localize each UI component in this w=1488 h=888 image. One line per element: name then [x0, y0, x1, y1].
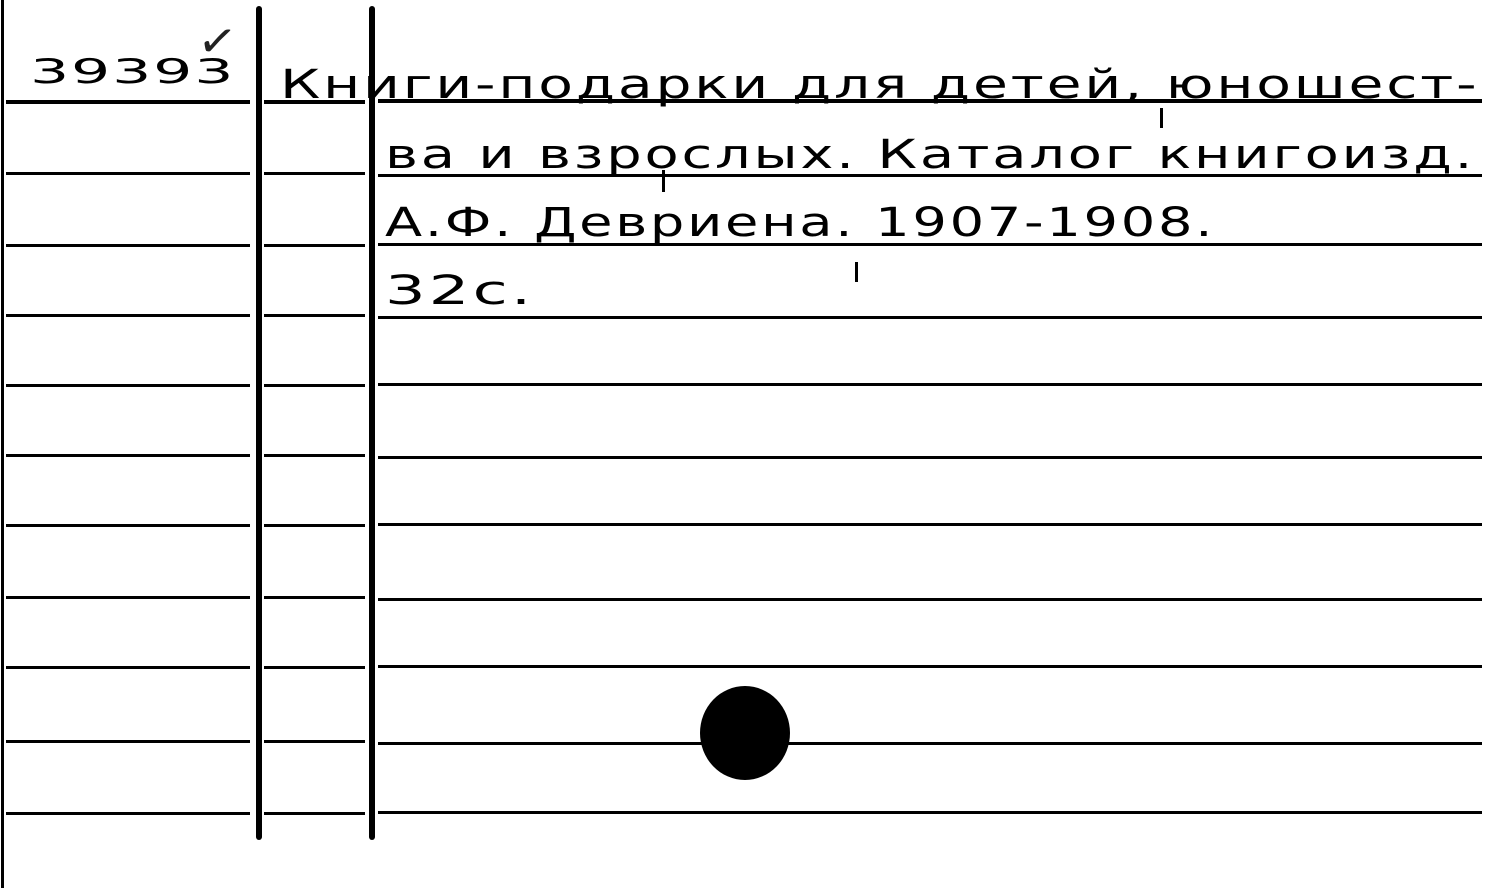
- ruled-line: [6, 812, 250, 815]
- ruled-line: [378, 665, 1482, 668]
- ruled-line: [6, 524, 250, 527]
- column-rule-2: [369, 6, 375, 840]
- card-left-edge: [1, 0, 4, 888]
- ruled-line: [264, 244, 365, 247]
- ruled-line: [264, 314, 365, 317]
- ruled-line: [6, 596, 250, 599]
- ink-speck: [662, 170, 665, 192]
- ruled-line: [378, 316, 1482, 319]
- ruled-line: [378, 523, 1482, 526]
- ruled-line: [264, 812, 365, 815]
- ruled-line: [6, 314, 250, 317]
- column-rule-1: [256, 6, 262, 840]
- ruled-line: [378, 456, 1482, 459]
- ruled-line: [264, 666, 365, 669]
- ruled-line: [6, 454, 250, 457]
- ruled-line: [378, 383, 1482, 386]
- ruled-line: [6, 244, 250, 247]
- check-mark: ✓: [194, 12, 240, 71]
- ruled-line: [6, 384, 250, 387]
- ruled-line: [6, 172, 250, 175]
- ruled-line: [378, 811, 1482, 814]
- ink-speck: [1160, 108, 1163, 128]
- ruled-line: [264, 524, 365, 527]
- entry-line-3: А.Ф. Девриена. 1907-1908.: [385, 200, 1215, 246]
- ruled-line: [264, 172, 365, 175]
- ruled-line: [264, 384, 365, 387]
- catalog-card: 39393 ✓ Книги-подарки для детей, юношест…: [0, 0, 1488, 888]
- punch-hole: [700, 686, 790, 780]
- ruled-line: [6, 740, 250, 743]
- ruled-line: [378, 742, 1482, 745]
- entry-line-4: 32с.: [385, 268, 534, 314]
- ruled-line: [378, 598, 1482, 601]
- ruled-line: [264, 740, 365, 743]
- entry-line-1: Книги-подарки для детей, юношест-: [280, 62, 1479, 108]
- ruled-line: [264, 596, 365, 599]
- ruled-line: [6, 100, 250, 104]
- ruled-line: [6, 666, 250, 669]
- entry-line-2: ва и взрослых. Каталог книгоизд.: [385, 132, 1475, 178]
- ink-speck: [855, 262, 858, 282]
- ruled-line: [264, 454, 365, 457]
